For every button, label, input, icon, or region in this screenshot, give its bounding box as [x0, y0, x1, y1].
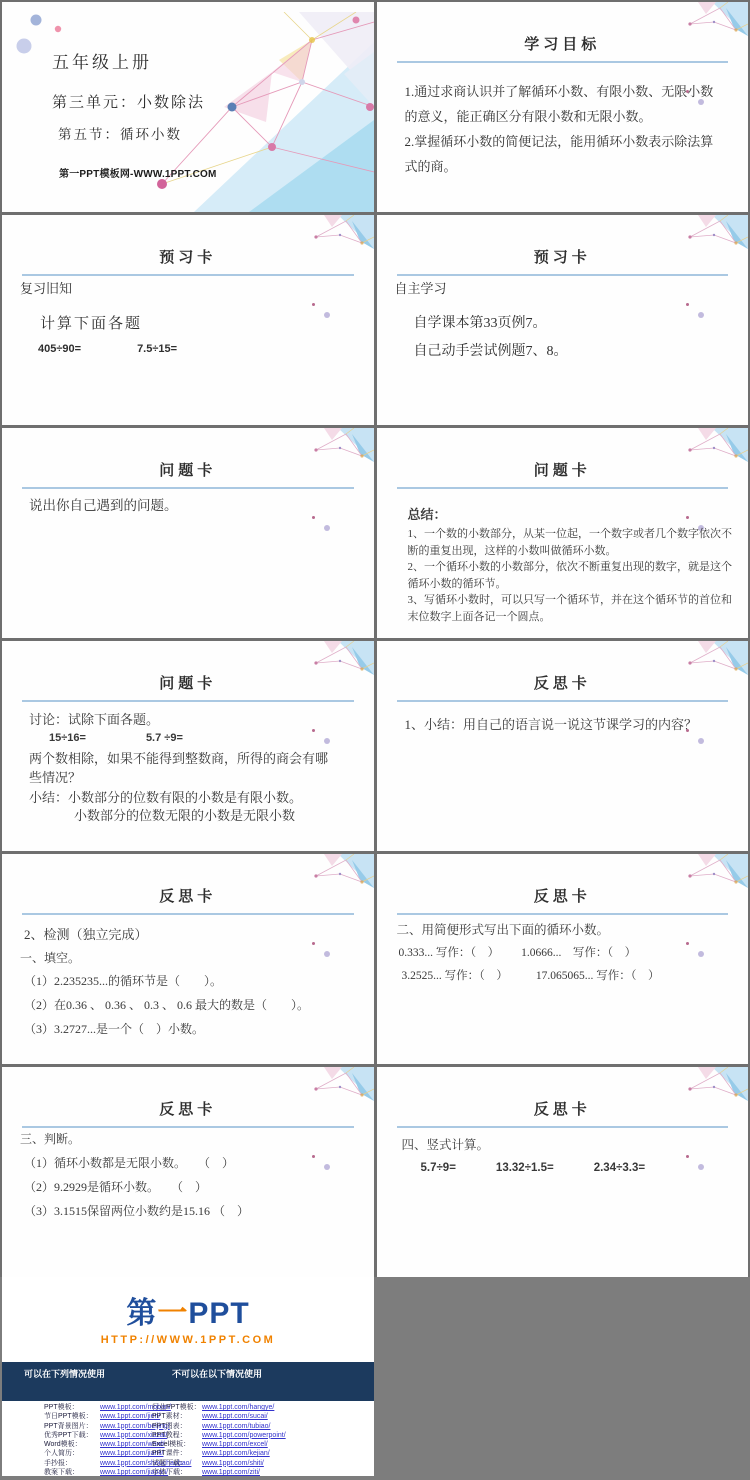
summary-item: 3、写循环小数时，可以只写一个循环节，并在这个循环节的首位和末位数字上面各记一个…: [408, 592, 735, 625]
dots-decoration: [684, 1153, 706, 1171]
formula-row: 5.7÷9= 13.32÷1.5= 2.34÷3.3=: [421, 1162, 646, 1174]
question-item: 0.333... 写作：（ ）: [399, 944, 500, 960]
logo-dash: 一: [157, 1297, 188, 1330]
link-row: PPT背景图片： www.1ppt.com/beijing/: [44, 1422, 152, 1431]
unit-text: 第三单元：小数除法: [52, 91, 205, 112]
slide-thumbnail-question: 问题卡 说出你自己遇到的问题。: [2, 428, 374, 638]
body-line: 说出你自己遇到的问题。: [29, 494, 178, 514]
slide-thumbnail-reflect-4: 反思卡 三、判断。 （1）循环小数都是无限小数。 （ ） （2）9.2929是循…: [2, 1067, 374, 1277]
body-paragraph: 两个数相除，如果不能得到整数商，所得的商会有哪些情况？: [29, 749, 338, 787]
formula: 7.5÷15=: [137, 343, 177, 355]
site-logo[interactable]: 第一PPT HTTP://WWW.1PPT.COM: [2, 1277, 374, 1346]
dots-decoration: [310, 727, 332, 745]
card-title: 学习目标: [377, 33, 749, 54]
link-row: 试题下载： www.1ppt.com/shiti/: [152, 1459, 286, 1468]
link-label: Word模板：: [44, 1440, 100, 1449]
dots-decoration: [310, 1153, 332, 1171]
link-label: PPT背景图片：: [44, 1422, 100, 1431]
card-title: 反思卡: [2, 1098, 374, 1119]
link-url[interactable]: www.1ppt.com/kejian/: [202, 1449, 270, 1458]
title-underline: [22, 700, 354, 702]
slide-grid: 五年级上册 第三单元：小数除法 第五节：循环小数 第一PPT模板网-WWW.1P…: [0, 0, 750, 1277]
link-label: PPT素材：: [152, 1412, 202, 1421]
question-row: 3.2525... 写作：（ ） 17.065065... 写作：（ ）: [402, 967, 660, 983]
formula: 13.32÷1.5=: [496, 1162, 554, 1174]
link-row: PPT图表： www.1ppt.com/tubiao/: [152, 1422, 286, 1431]
license-denied: 不可以在以下情况使用: [172, 1362, 262, 1401]
link-row: 优秀PPT下载： www.1ppt.com/xiazai/: [44, 1431, 152, 1440]
link-row: Excel模板： www.1ppt.com/excel/: [152, 1440, 286, 1449]
links-column-left: PPT模板： www.1ppt.com/moban/ 节日PPT模板： www.…: [2, 1403, 152, 1477]
summary-heading: 总结：: [408, 504, 735, 523]
link-url[interactable]: www.1ppt.com/powerpoint/: [202, 1431, 286, 1440]
formula: 2.34÷3.3=: [594, 1162, 645, 1174]
goal-item: 2.掌握循环小数的简便记法，能用循环小数表示除法算式的商。: [405, 129, 721, 179]
card-title: 反思卡: [377, 885, 749, 906]
link-label: 优秀PPT下载：: [44, 1431, 100, 1440]
question-item: （1）2.235235...的循环节是（ ）。: [24, 972, 222, 989]
body-heading: 计算下面各题: [40, 312, 142, 333]
formula: 15÷16=: [49, 732, 86, 744]
link-label: 字体下载：: [152, 1468, 202, 1477]
goals-body: 1.通过求商认识并了解循环小数、有限小数、无限小数的意义，能正确区分有限小数和无…: [405, 79, 721, 179]
body-line: 1、小结：用自己的语言说一说这节课学习的内容？: [405, 714, 699, 736]
title-underline: [22, 1126, 354, 1128]
card-title: 预习卡: [2, 246, 374, 267]
section-text: 第五节：循环小数: [58, 123, 182, 143]
body-line: 自己动手尝试例题7、8。: [414, 340, 568, 360]
goal-item: 1.通过求商认识并了解循环小数、有限小数、无限小数的意义，能正确区分有限小数和无…: [405, 79, 721, 129]
grade-text: 五年级上册: [52, 48, 152, 73]
formula: 5.7 ÷9=: [146, 732, 183, 744]
card-title: 问题卡: [2, 672, 374, 693]
slide-thumbnail-reflect-5: 反思卡 四、竖式计算。 5.7÷9= 13.32÷1.5= 2.34÷3.3=: [377, 1067, 749, 1277]
body-line: 讨论：试除下面各题。: [29, 709, 159, 728]
link-label: PPT教程：: [152, 1431, 202, 1440]
slide-thumbnail-title: 五年级上册 第三单元：小数除法 第五节：循环小数 第一PPT模板网-WWW.1P…: [2, 2, 374, 212]
link-row: PPT素材： www.1ppt.com/sucai/: [152, 1412, 286, 1421]
slide-thumbnail-reflect-3: 反思卡 二、用简便形式写出下面的循环小数。 0.333... 写作：（ ） 1.…: [377, 854, 749, 1064]
question-item: 1.0666... 写作：（ ）: [521, 944, 636, 960]
title-underline: [22, 487, 354, 489]
dots-decoration: [684, 940, 706, 958]
formula-row: 15÷16= 5.7 ÷9=: [49, 732, 183, 744]
link-url[interactable]: www.1ppt.com/excel/: [202, 1440, 268, 1449]
title-underline: [397, 274, 729, 276]
card-title: 问题卡: [2, 459, 374, 480]
links-column-right: 行业PPT模板： www.1ppt.com/hangye/ PPT素材： www…: [152, 1403, 286, 1477]
question-item: （3）3.1515保留两位小数约是15.16 （ ）: [24, 1202, 249, 1219]
question-item: （2）在0.36 、 0.36 、 0.3 、 0.6 最大的数是（ ）。: [24, 996, 309, 1013]
card-title: 问题卡: [377, 459, 749, 480]
dots-decoration: [684, 301, 706, 319]
question-item: （1）循环小数都是无限小数。 （ ）: [24, 1154, 234, 1171]
license-allowed: 可以在下列情况使用: [2, 1362, 172, 1401]
link-label: 试题下载：: [152, 1459, 202, 1468]
summary-item: 2、一个循环小数的小数部分，依次不断重复出现的数字，就是这个循环小数的循环节。: [408, 559, 735, 592]
dots-decoration: [310, 301, 332, 319]
link-row: PPT课件： www.1ppt.com/kejian/: [152, 1449, 286, 1458]
summary-item: 1、一个数的小数部分，从某一位起，一个数字或者几个数字依次不断的重复出现，这样的…: [408, 526, 735, 559]
card-title: 反思卡: [377, 672, 749, 693]
link-row: 手抄报： www.1ppt.com/shouchaobao/: [44, 1459, 152, 1468]
body-line: 四、竖式计算。: [402, 1135, 490, 1153]
link-row: PPT教程： www.1ppt.com/powerpoint/: [152, 1431, 286, 1440]
slide-thumbnail-preview-selfstudy: 预习卡 自主学习 自学课本第33页例7。 自己动手尝试例题7、8。: [377, 215, 749, 425]
question-item: 3.2525... 写作：（ ）: [402, 967, 508, 983]
logo-char: 第: [126, 1297, 157, 1330]
license-denied-title: 不可以在以下情况使用: [172, 1367, 262, 1380]
formula-row: 405÷90= 7.5÷15=: [38, 343, 177, 355]
link-row: 行业PPT模板： www.1ppt.com/hangye/: [152, 1403, 286, 1412]
link-url[interactable]: www.1ppt.com/shiti/: [202, 1459, 264, 1468]
section-label: 自主学习: [395, 278, 447, 297]
body-line: 2、检测（独立完成）: [24, 924, 148, 943]
body-line: 一、填空。: [20, 949, 80, 966]
link-row: 节日PPT模板： www.1ppt.com/jieri/: [44, 1412, 152, 1421]
question-item: （2）9.2929是循环小数。 （ ）: [24, 1178, 207, 1195]
logo-url[interactable]: HTTP://WWW.1PPT.COM: [2, 1335, 374, 1346]
link-url[interactable]: www.1ppt.com/hangye/: [202, 1403, 274, 1412]
question-row: 0.333... 写作：（ ） 1.0666... 写作：（ ）: [399, 944, 637, 960]
dots-decoration: [310, 514, 332, 532]
slide-thumbnail-discussion: 问题卡 讨论：试除下面各题。 15÷16= 5.7 ÷9= 两个数相除，如果不能…: [2, 641, 374, 851]
link-label: 个人简历：: [44, 1449, 100, 1458]
footer: 第一PPT HTTP://WWW.1PPT.COM 可以在下列情况使用 不可以在…: [0, 1277, 750, 1480]
link-label: 行业PPT模板：: [152, 1403, 202, 1412]
card-title: 反思卡: [2, 885, 374, 906]
section-label: 复习旧知: [20, 278, 72, 297]
slide-thumbnail-preview-review: 预习卡 复习旧知 计算下面各题 405÷90= 7.5÷15=: [2, 215, 374, 425]
link-url[interactable]: www.1ppt.com/sucai/: [202, 1412, 268, 1421]
watermark-text: 第一PPT模板网-WWW.1PPT.COM: [59, 165, 217, 180]
title-underline: [22, 274, 354, 276]
summary-body: 总结： 1、一个数的小数部分，从某一位起，一个数字或者几个数字依次不断的重复出现…: [408, 504, 735, 625]
link-label: PPT课件：: [152, 1449, 202, 1458]
lowpoly-decoration: [44, 12, 374, 212]
link-label: PPT模板：: [44, 1403, 100, 1412]
body-line: 二、用简便形式写出下面的循环小数。: [397, 920, 610, 938]
title-underline: [397, 913, 729, 915]
link-url[interactable]: www.1ppt.com/ziti/: [202, 1468, 260, 1477]
slide-thumbnail-reflect-1: 反思卡 1、小结：用自己的语言说一说这节课学习的内容？: [377, 641, 749, 851]
link-label: PPT图表：: [152, 1422, 202, 1431]
body-line: 三、判断。: [20, 1130, 80, 1147]
link-label: Excel模板：: [152, 1440, 202, 1449]
link-row: Word模板： www.1ppt.com/word/: [44, 1440, 152, 1449]
formula: 405÷90=: [38, 343, 81, 355]
license-allowed-title: 可以在下列情况使用: [24, 1367, 172, 1380]
link-row: PPT模板： www.1ppt.com/moban/: [44, 1403, 152, 1412]
footer-links: PPT模板： www.1ppt.com/moban/ 节日PPT模板： www.…: [2, 1403, 374, 1477]
slide-thumbnail-summary: 问题卡 总结： 1、一个数的小数部分，从某一位起，一个数字或者几个数字依次不断的…: [377, 428, 749, 638]
logo-ppt: PPT: [188, 1297, 249, 1330]
title-underline: [397, 700, 729, 702]
card-title: 预习卡: [377, 246, 749, 267]
card-title: 反思卡: [377, 1098, 749, 1119]
title-underline: [397, 487, 729, 489]
question-item: 17.065065... 写作：（ ）: [536, 967, 660, 983]
formula: 5.7÷9=: [421, 1162, 456, 1174]
title-underline: [22, 913, 354, 915]
logo-text: 第一PPT: [2, 1299, 374, 1329]
title-underline: [397, 1126, 729, 1128]
license-band: 可以在下列情况使用 不可以在以下情况使用: [2, 1362, 374, 1401]
title-underline: [397, 61, 729, 63]
link-row: 教案下载： www.1ppt.com/jiaoan/: [44, 1468, 152, 1477]
page: 五年级上册 第三单元：小数除法 第五节：循环小数 第一PPT模板网-WWW.1P…: [0, 0, 750, 1480]
footer-panel: 第一PPT HTTP://WWW.1PPT.COM 可以在下列情况使用 不可以在…: [2, 1277, 374, 1476]
question-item: （3）3.2727...是一个（ ）小数。: [24, 1020, 204, 1037]
link-label: 节日PPT模板：: [44, 1412, 100, 1421]
body-line: 小数部分的位数无限的小数是无限小数: [74, 805, 295, 824]
link-label: 教案下载：: [44, 1468, 100, 1477]
link-url[interactable]: www.1ppt.com/tubiao/: [202, 1422, 270, 1431]
link-label: 手抄报：: [44, 1459, 100, 1468]
body-line: 小结：小数部分的位数有限的小数是有限小数。: [29, 787, 302, 806]
slide-thumbnail-goals: 学习目标 1.通过求商认识并了解循环小数、有限小数、无限小数的意义，能正确区分有…: [377, 2, 749, 212]
slide-thumbnail-reflect-2: 反思卡 2、检测（独立完成） 一、填空。 （1）2.235235...的循环节是…: [2, 854, 374, 1064]
link-row: 字体下载： www.1ppt.com/ziti/: [152, 1468, 286, 1477]
dots-decoration: [310, 940, 332, 958]
link-row: 个人简历： www.1ppt.com/jianli/: [44, 1449, 152, 1458]
body-line: 自学课本第33页例7。: [414, 312, 547, 332]
